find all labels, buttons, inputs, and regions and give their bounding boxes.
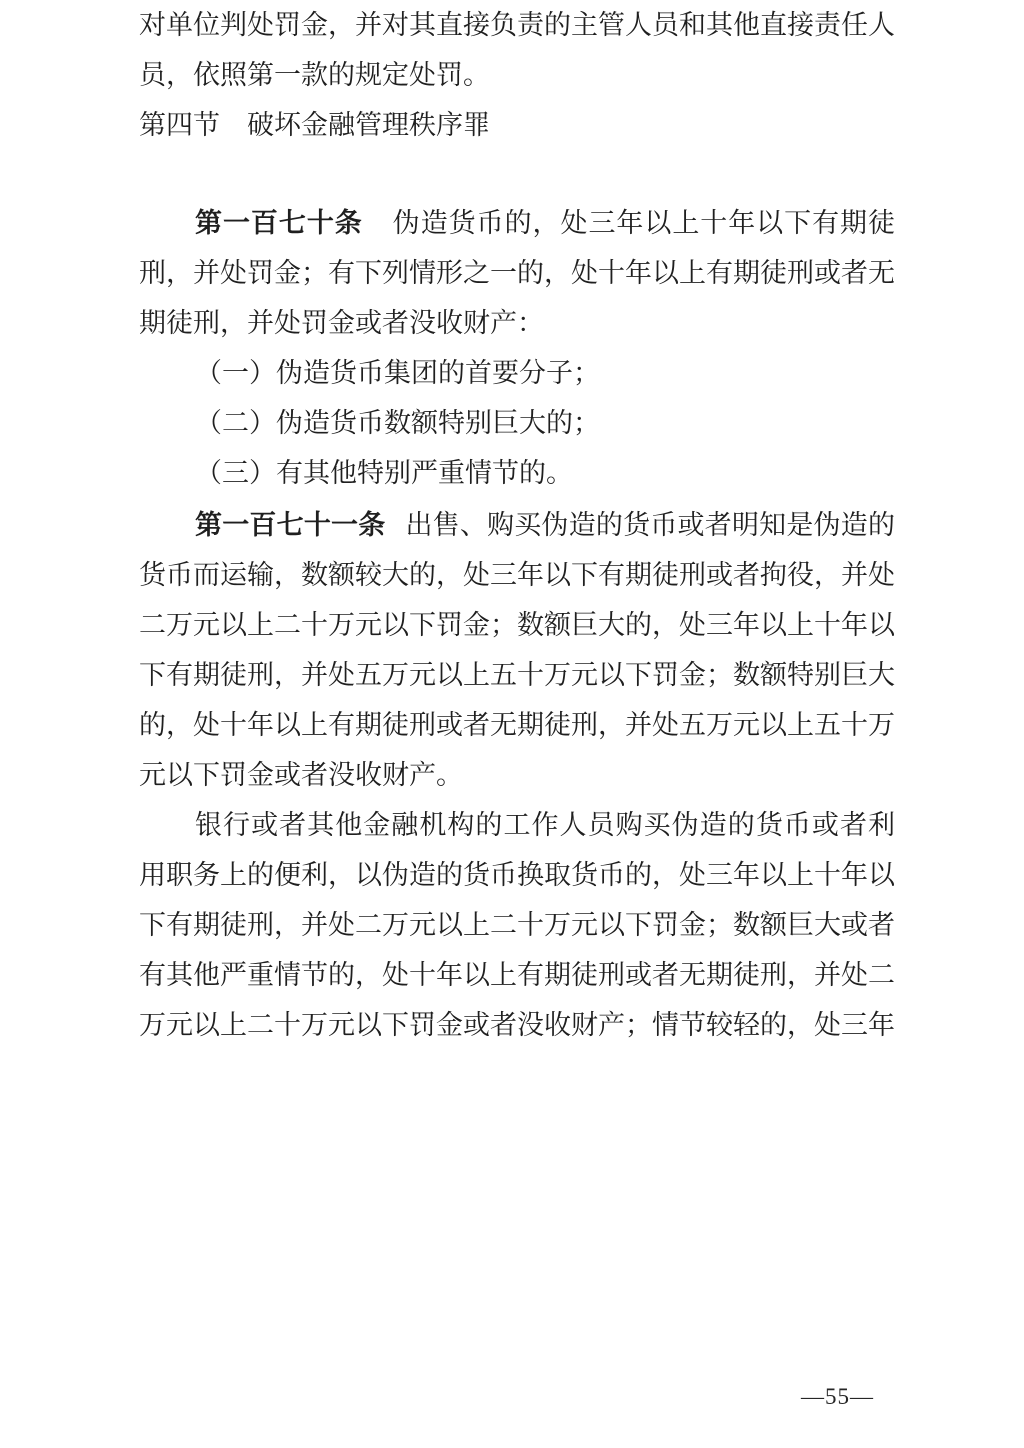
article-171-text: 出售、购买伪造的货币或者明知是伪造的货币而运输，数额较大的，处三年以下有期徒刑或… — [139, 510, 895, 790]
section-heading: 第四节 破坏金融管理秩序罪 — [139, 100, 895, 150]
article-170-number: 第一百七十条 — [195, 208, 363, 238]
page-number: —55— — [801, 1380, 874, 1414]
page-body-text: 对单位判处罚金，并对其直接负责的主管人员和其他直接责任人员，依照第一款的规定处罚… — [139, 0, 895, 1050]
article-171-paragraph-1: 第一百七十一条出售、购买伪造的货币或者明知是伪造的货币而运输，数额较大的，处三年… — [139, 500, 895, 800]
article-170-item-2: （二）伪造货币数额特别巨大的； — [139, 398, 895, 448]
article-170-paragraph: 第一百七十条伪造货币的，处三年以上十年以下有期徒刑，并处罚金；有下列情形之一的，… — [139, 198, 895, 348]
article-171-number: 第一百七十一条 — [195, 510, 385, 540]
article-170-item-1: （一）伪造货币集团的首要分子； — [139, 348, 895, 398]
article-170-item-3: （三）有其他特别严重情节的。 — [139, 448, 895, 498]
article-171-paragraph-2: 银行或者其他金融机构的工作人员购买伪造的货币或者利用职务上的便利，以伪造的货币换… — [139, 800, 895, 1050]
document-page: 对单位判处罚金，并对其直接负责的主管人员和其他直接责任人员，依照第一款的规定处罚… — [0, 0, 1024, 1448]
carryover-paragraph: 对单位判处罚金，并对其直接负责的主管人员和其他直接责任人员，依照第一款的规定处罚… — [139, 0, 895, 100]
